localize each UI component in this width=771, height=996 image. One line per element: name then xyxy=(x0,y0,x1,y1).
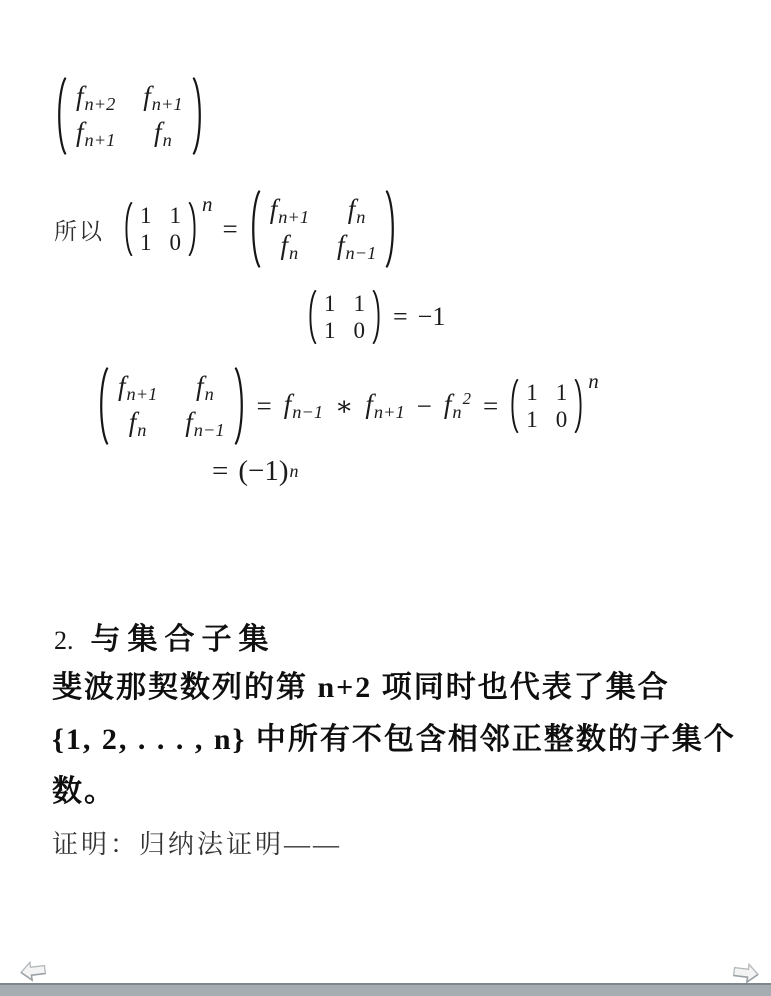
matrix-cell: 1 xyxy=(526,407,538,433)
matrix-cell: fn xyxy=(129,407,147,441)
matrix-cell: 1 xyxy=(526,380,538,406)
matrix-cell: fn+1 xyxy=(118,371,157,405)
equals-sign: = xyxy=(483,391,498,422)
matrix-2x2: fn+1 fn fn fn−1 xyxy=(248,189,399,269)
matrix-cell: fn−1 xyxy=(337,230,376,264)
matrix-cell: fn+1 xyxy=(143,81,182,115)
formula-line-fib-matrix: fn+2 fn+1 fn+1 fn xyxy=(54,76,205,156)
minus-operator: − xyxy=(417,391,432,422)
right-paren-icon xyxy=(372,289,383,345)
equals-sign: = xyxy=(257,391,272,422)
matrix-exponent: n xyxy=(202,192,213,217)
matrix-cell: 0 xyxy=(556,407,568,433)
equals-sign: = xyxy=(212,455,228,488)
formula-line-suoyi: 所以 1 1 1 0 n = fn+1 fn fn fn−1 xyxy=(54,189,398,269)
det-value: −1 xyxy=(418,302,446,332)
matrix-cell: fn xyxy=(281,230,299,264)
matrix-2x2: fn+1 fn fn fn−1 xyxy=(96,366,247,446)
result-exponent: n xyxy=(290,461,299,482)
matrix-2x2: fn+2 fn+1 fn+1 fn xyxy=(54,76,205,156)
matrix-cell: fn xyxy=(348,194,366,228)
right-paren-icon xyxy=(188,201,199,257)
matrix-cell: fn+1 xyxy=(76,117,115,151)
matrix-2x2: 1 1 1 0 xyxy=(508,378,585,434)
proof-line: 证明：归纳法证明—— xyxy=(52,824,342,861)
left-paren-icon xyxy=(122,201,133,257)
matrix-cell: 1 xyxy=(170,203,182,229)
matrix-2x2: 1 1 1 0 xyxy=(122,201,199,257)
matrix-cell: fn xyxy=(154,117,172,151)
matrix-cell: 1 xyxy=(556,380,568,406)
left-paren-icon xyxy=(248,189,261,269)
right-paren-icon xyxy=(192,76,205,156)
section-heading: 2. 与集合子集 xyxy=(54,614,276,658)
math-term: fn−1 xyxy=(284,389,323,423)
matrix-cell: fn+2 xyxy=(76,81,115,115)
right-paren-icon xyxy=(385,189,398,269)
body-paragraph: 斐波那契数列的第 n+2 项同时也代表了集合 {1, 2, . . . , n}… xyxy=(52,662,752,818)
suoyi-label: 所以 xyxy=(54,213,104,246)
right-paren-icon xyxy=(234,366,247,446)
formula-line-result: = (−1) n xyxy=(212,455,299,488)
section-number: 2. xyxy=(54,626,74,656)
matrix-cell: 1 xyxy=(140,230,152,256)
formula-line-identity: fn+1 fn fn fn−1 = fn−1 ∗ fn+1 − fn2 = 1 … xyxy=(96,366,599,446)
left-paren-icon xyxy=(508,378,519,434)
math-term: fn+1 xyxy=(365,389,404,423)
matrix-power: 1 1 1 0 n xyxy=(508,378,599,434)
paragraph-line: {1, 2, . . . , n} 中所有不包含相邻正整数的子集个 xyxy=(52,714,752,766)
previous-page-arrow-icon[interactable] xyxy=(17,956,50,985)
equals-sign: = xyxy=(393,302,408,332)
left-paren-icon xyxy=(54,76,67,156)
matrix-exponent: n xyxy=(588,369,599,394)
matrix-cell: 1 xyxy=(140,203,152,229)
math-term: fn2 xyxy=(444,389,471,423)
matrix-cell: 1 xyxy=(354,291,366,317)
result-base: (−1) xyxy=(238,455,288,488)
document-page: fn+2 fn+1 fn+1 fn 所以 1 1 1 0 n = xyxy=(0,0,771,996)
formula-line-det: 1 1 1 0 = −1 xyxy=(306,289,445,345)
matrix-cell: fn xyxy=(196,371,214,405)
asterisk-operator: ∗ xyxy=(335,391,353,422)
matrix-cell: fn−1 xyxy=(185,407,224,441)
matrix-cell: 1 xyxy=(324,318,336,344)
left-paren-icon xyxy=(306,289,317,345)
section-title: 与集合子集 xyxy=(91,614,276,658)
left-paren-icon xyxy=(96,366,109,446)
matrix-cell: 0 xyxy=(170,230,182,256)
right-paren-icon xyxy=(574,378,585,434)
matrix-power: 1 1 1 0 n xyxy=(122,201,213,257)
matrix-cell: 0 xyxy=(354,318,366,344)
equals-sign: = xyxy=(223,214,238,245)
matrix-cell: 1 xyxy=(324,291,336,317)
matrix-cell: fn+1 xyxy=(270,194,309,228)
paragraph-line: 数。 xyxy=(52,766,752,818)
window-bottom-edge-bar xyxy=(0,983,771,996)
matrix-2x2: 1 1 1 0 xyxy=(306,289,383,345)
paragraph-line: 斐波那契数列的第 n+2 项同时也代表了集合 xyxy=(52,662,752,714)
